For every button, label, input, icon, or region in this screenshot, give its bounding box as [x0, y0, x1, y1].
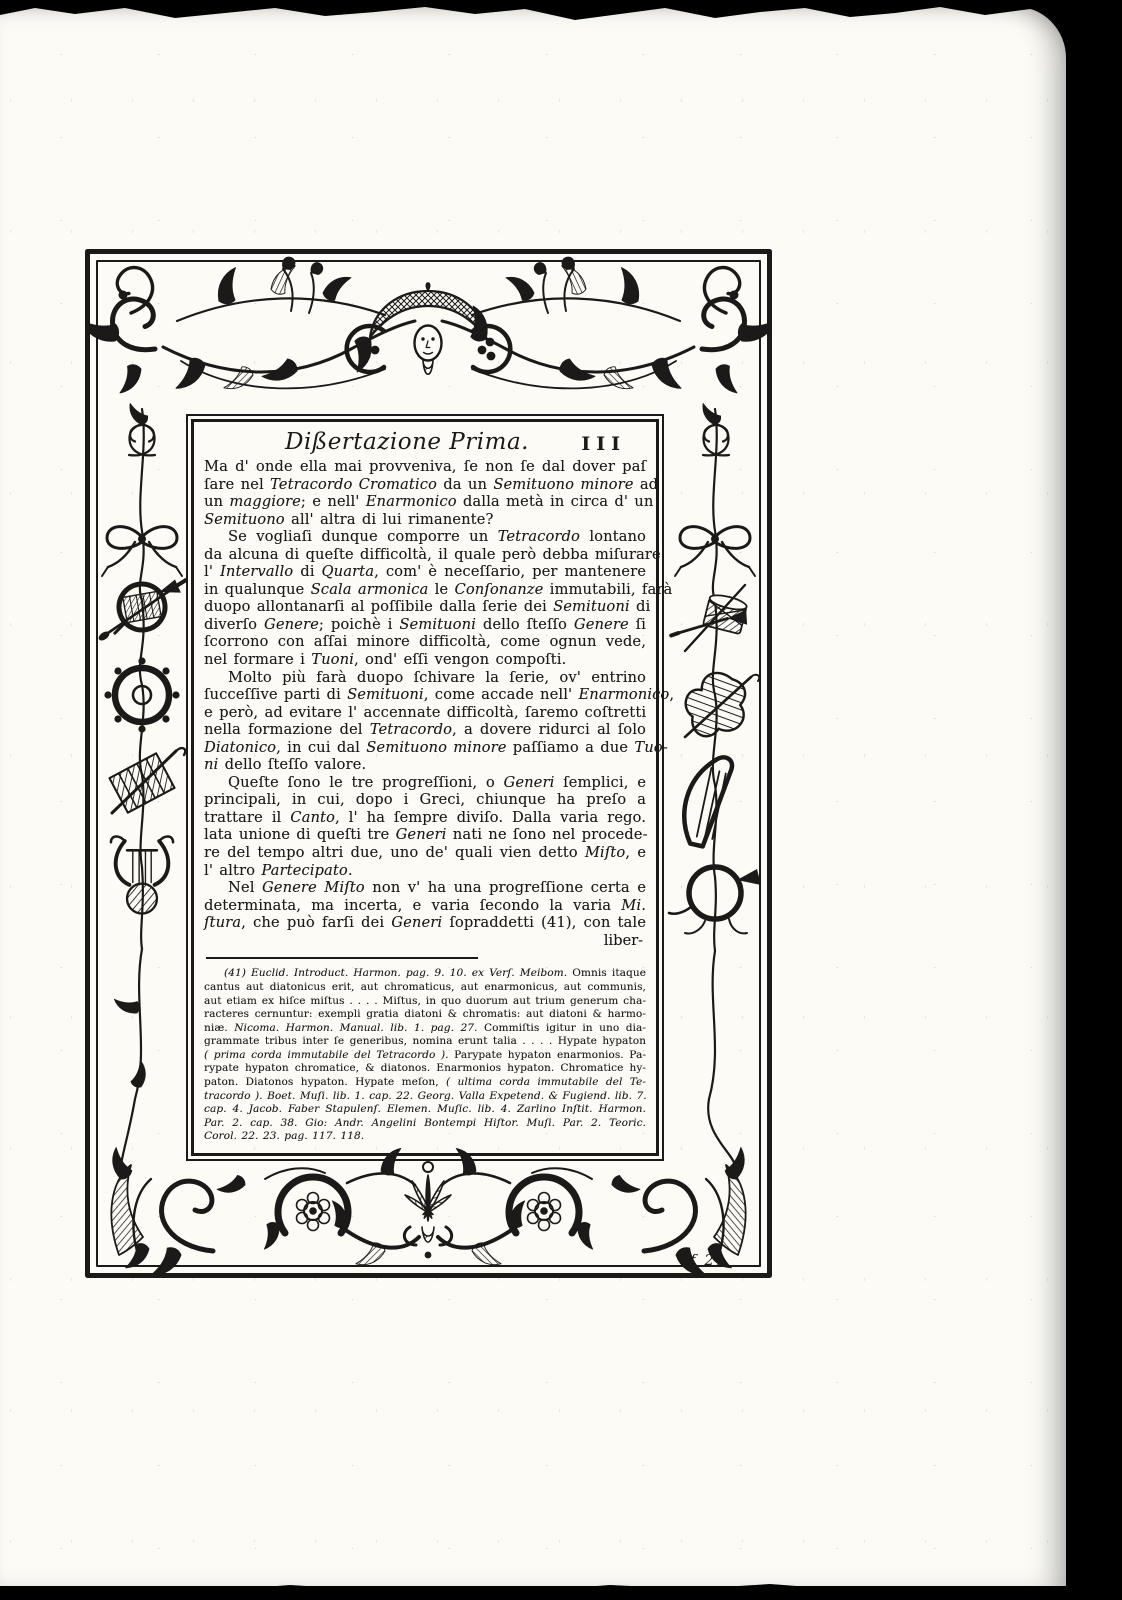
text-line: Molto più farà duopo ſchivare la ſerie, … — [204, 669, 646, 687]
text-line: Se vogliaſi dunque comporre un Tetracord… — [204, 528, 646, 546]
left-trophy-band — [97, 403, 187, 1165]
engraved-border-frame: Dißertazione Prima. III Ma d' onde ella … — [85, 249, 772, 1278]
text-line: nella formazione del Tetracordo, a dover… — [204, 721, 646, 739]
text-line: Semituono all' altra di lui rimanente? — [204, 511, 646, 529]
scanned-page: Dißertazione Prima. III Ma d' onde ella … — [0, 6, 1066, 1586]
text-line: Corol. 22. 23. pag. 117. 118. — [204, 1130, 646, 1144]
text-line: in qualunque Scala armonica le Conſonanz… — [204, 581, 646, 599]
catchword: liber- — [204, 932, 646, 950]
footnote-text: (41) Euclid. Introduct. Harmon. pag. 9. … — [204, 967, 646, 1144]
scan-background: { "colors":{"scanner_background":"#00000… — [0, 0, 1122, 1600]
palmette-ornament — [404, 1162, 452, 1258]
page-header: Dißertazione Prima. III — [204, 428, 646, 458]
harp-icon — [676, 756, 742, 848]
text-line: tracordo ). Boet. Muſi. lib. 1. cap. 22.… — [204, 1090, 646, 1104]
scan-edge-bottom — [0, 1578, 1122, 1600]
text-line: ni dello ſteſſo valore. — [204, 756, 646, 774]
footnote-rule — [206, 957, 478, 959]
text-line: da alcuna di queſte difficoltà, il quale… — [204, 546, 646, 564]
signature-mark: f 2. — [690, 1251, 723, 1269]
text-line: Par. 2. cap. 38. Gio: Andr. Angelini Bon… — [204, 1117, 646, 1131]
text-line: ſtura, che può farſi dei Generi ſopradde… — [204, 914, 646, 932]
text-line: diverſo Genere; poichè i Semituoni dello… — [204, 616, 646, 634]
text-line: ſucceſſive parti di Semituoni, come acca… — [204, 686, 646, 704]
text-line: re del tempo altri due, uno de' quali vi… — [204, 844, 646, 862]
text-line: duopo allontanarſi al poſſibile dalla ſe… — [204, 598, 646, 616]
text-line: Nel Genere Miſto non v' ha una progreſſi… — [204, 879, 646, 897]
text-line: paton. Diatonos hypaton. Hypate meſon, (… — [204, 1076, 646, 1090]
viol-and-bow-icon — [678, 665, 759, 742]
running-title: Dißertazione Prima. — [204, 428, 646, 456]
text-line: niæ. Nicoma. Harmon. Manual. lib. 1. pag… — [204, 1022, 646, 1036]
page-number: III — [581, 433, 626, 455]
text-line: Queſte ſono le tre progreſſioni, o Gener… — [204, 774, 646, 792]
text-line: (41) Euclid. Introduct. Harmon. pag. 9. … — [204, 967, 646, 981]
text-line: ſare nel Tetracordo Cromatico da un Semi… — [204, 476, 646, 494]
text-box-inner-rule: Dißertazione Prima. III Ma d' onde ella … — [191, 419, 659, 1156]
bottom-garland-ornament — [106, 1147, 750, 1275]
text-line: trattare il Canto, l' ha ſempre diviſo. … — [204, 809, 646, 827]
text-line: aut etiam ex hiſce miſtus . . . . Miſtus… — [204, 995, 646, 1009]
text-line: lata unione di queſti tre Generi nati ne… — [204, 826, 646, 844]
text-line: un maggiore; e nell' Enarmonico dalla me… — [204, 493, 646, 511]
hunting-horn-icon — [97, 576, 187, 642]
text-line: Diatonico, in cui dal Semituono minore p… — [204, 739, 646, 757]
text-line: principali, in cui, dopo i Greci, chiunq… — [204, 791, 646, 809]
text-line: cantus aut diatonicus erit, aut chromati… — [204, 981, 646, 995]
pan-pipes-icon — [109, 748, 185, 813]
text-line: ſcorrono con aſſai minore difficoltà, co… — [204, 633, 646, 651]
body-text: Ma d' onde ella mai provveniva, ſe non ſ… — [204, 458, 646, 932]
right-trophy-band — [669, 403, 761, 1165]
trumpet-drum-icon — [671, 585, 748, 651]
text-line: ( prima corda immutabile del Tetracordo … — [204, 1049, 646, 1063]
text-line: nel formare i Tuoni, ond' eſſi vengon co… — [204, 651, 646, 669]
text-box: Dißertazione Prima. III Ma d' onde ella … — [186, 414, 664, 1161]
text-line: determinata, ma incerta, e varia ſecondo… — [204, 897, 646, 915]
text-line: rypate hypaton chromatice, & diatonos. E… — [204, 1062, 646, 1076]
text-line: Ma d' onde ella mai provveniva, ſe non ſ… — [204, 458, 646, 476]
text-line: cap. 4. Jacob. Faber Stapulenſ. Elemen. … — [204, 1103, 646, 1117]
tambourine-icon — [104, 657, 179, 732]
text-line: e però, ad evitare l' accennate difficol… — [204, 704, 646, 722]
text-line: l' Intervallo di Quarta, com' è neceſſar… — [204, 563, 646, 581]
torn-page-edge-top — [0, 0, 1122, 30]
text-line: l' altro Partecipato. — [204, 862, 646, 880]
text-line: grammate tribus inter ſe generibus, nomi… — [204, 1035, 646, 1049]
text-line: racteres cernuntur: exempli gratia diato… — [204, 1008, 646, 1022]
top-garland-ornament — [85, 257, 772, 394]
